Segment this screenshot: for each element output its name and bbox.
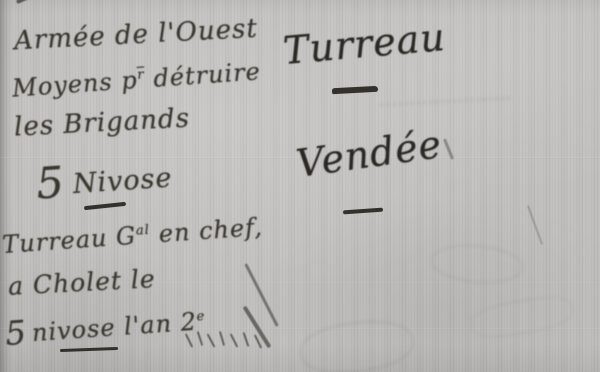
- bleed-through-ghost: [468, 291, 576, 343]
- line2-text-end: détruire: [144, 57, 262, 93]
- line-moyens-de-detruire: Moyens pr détruire: [11, 57, 261, 102]
- manuscript-page: Armée de l'Ouest Moyens pr détruire les …: [0, 0, 600, 372]
- line-5-nivose: 5Nivose: [34, 147, 173, 206]
- underline-stroke-nivose: [84, 202, 126, 210]
- line-5-nivose-lan-2: 5nivose l'an 2e: [4, 299, 207, 351]
- heading-vendee: Vendée: [294, 122, 445, 186]
- line2-text-start: Moyens p: [11, 66, 138, 103]
- line7-superscript: e: [196, 309, 206, 325]
- heading-turreau: Turreau: [281, 15, 447, 73]
- nivose-word: Nivose: [72, 162, 174, 200]
- bleed-through-ghost: [429, 241, 526, 287]
- ink-mark-top-left: [16, 0, 32, 4]
- bleed-through-ghost: [380, 97, 510, 107]
- line-a-cholet-le: a Cholet le: [7, 264, 156, 301]
- line-turreau-general-en-chef: Turreau Gal en chef,: [1, 213, 263, 259]
- ink-mark-right-faint: [527, 205, 543, 245]
- line-les-brigands: les Brigands: [13, 103, 190, 142]
- line-armee-de-louest: Armée de l'Ouest: [13, 14, 258, 57]
- line5-text-start: Turreau G: [1, 222, 137, 259]
- underline-stroke-vendee: [343, 208, 383, 215]
- line7-text: nivose l'an 2: [31, 308, 198, 347]
- line7-numeral: 5: [4, 314, 28, 353]
- underline-stroke-date: [60, 347, 118, 352]
- bleed-through-ghost: [297, 315, 416, 372]
- flourish-dash: [332, 86, 378, 94]
- nivose-numeral: 5: [35, 158, 67, 210]
- line5-text-end: en chef,: [149, 213, 263, 249]
- line5-superscript: al: [135, 223, 150, 239]
